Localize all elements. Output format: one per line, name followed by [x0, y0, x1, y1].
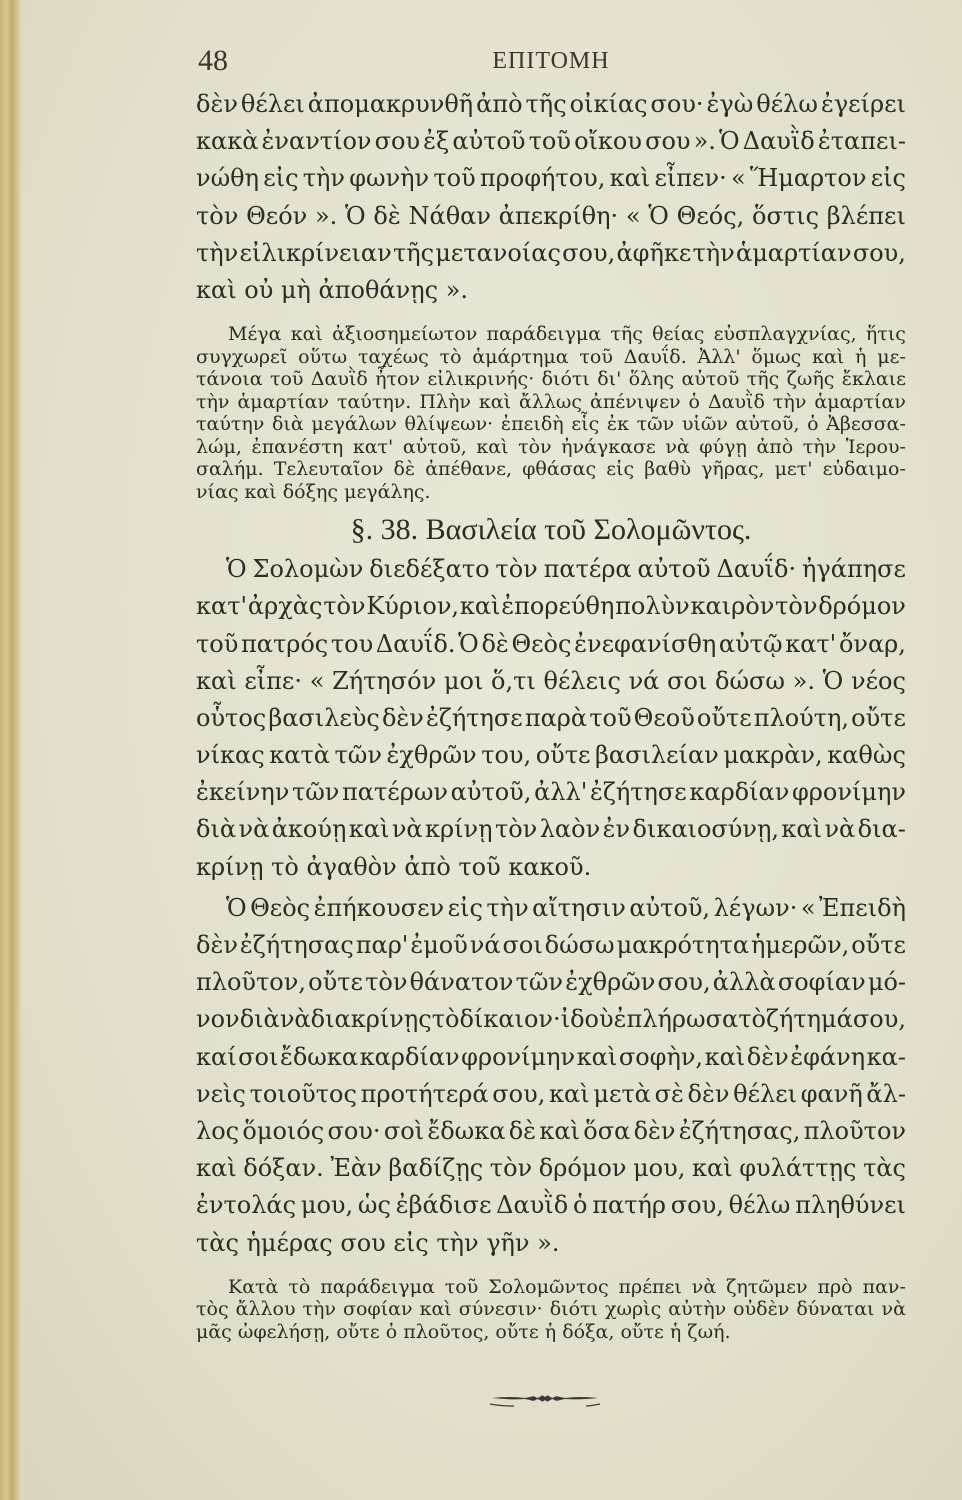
book-page: 48 ΕΠΙΤΟΜΗ δὲνθέλειἀπομακρυνθῆἀπὸτῆςοἰκί…	[0, 0, 962, 1500]
text-line: λώμ,ἐπανέστηκατ'αὐτοῦ,καὶτὸνἠνάγκασενὰφύ…	[196, 436, 906, 459]
text-line: τοῦπατρόςτουΔαυΐδ.ὉδὲΘεὸςἐνεφανίσθηαὐτῷκ…	[196, 626, 906, 663]
text-line: ὉΘεὸςἐπήκουσενεἰςτὴναἴτησιναὐτοῦ,λέγων·«…	[196, 890, 906, 927]
text-line: νώθηεἰςτὴνφωνὴντοῦπροφήτου,καὶεἶπεν·«Ἥμα…	[196, 160, 906, 197]
text-line: λοςὅμοιόςσου·σοὶἔδωκαδὲκαὶὅσαδὲνἐζήτησας…	[196, 1113, 906, 1150]
text-line: κατ'ἀρχὰςτὸνΚύριον,καὶἐπορεύθηπολὺνκαιρὸ…	[196, 588, 906, 625]
text-line: ἐντολάςμου,ὡςἐβάδισεΔαυῒδὁπατήρσου,θέλωπ…	[196, 1187, 906, 1224]
text-line: διὰνὰἀκούῃκαὶνὰκρίνῃτὸνλαὸνἐνδικαιοσύνῃ,…	[196, 811, 906, 848]
text-line: κακὰἐναντίονσουἐξαὐτοῦτοῦοἴκουσου».ὉΔαυῒ…	[196, 123, 906, 160]
page-gutter-edge	[0, 0, 22, 1500]
paragraph-solomon-2: ὉΘεὸςἐπήκουσενεἰςτὴναἴτησιναὐτοῦ,λέγων·«…	[196, 890, 906, 1262]
text-line: συγχωρεῖοὕτωταχέωςτὸἁμάρτηματοῦΔαυΐδ.Ἀλλ…	[196, 346, 906, 369]
text-line: νίκαςκατὰτῶνἐχθρῶντου,οὔτεβασιλείανμακρὰ…	[196, 737, 906, 774]
section-title-text: Βασιλεία τοῦ Σολομῶντος.	[426, 513, 752, 546]
text-line: οὗτοςβασιλεὺςδὲνἐζήτησεπαρὰτοῦΘεοῦοὔτεπλ…	[196, 700, 906, 737]
decorative-rule-icon	[490, 1392, 600, 1414]
paragraph-commentary-1: Μέγακαὶἀξιοσημείωτονπαράδειγματῆςθείαςεὐ…	[196, 323, 906, 503]
text-line: τὸςἄλλουτὴνσοφίανκαὶσύνεσιν·διότιχωρὶςαὐ…	[196, 1298, 906, 1321]
running-head: ΕΠΙΤΟΜΗ	[196, 48, 906, 75]
text-line: τὴνἁμαρτίανταύτην.ΠλὴνκαὶἄλλωςἀπένιψενὁΔ…	[196, 391, 906, 414]
text-line: καὶδόξαν.Ἐὰνβαδίζῃςτὸνδρόμονμου,καὶφυλάτ…	[196, 1150, 906, 1187]
text-line: νίας καὶ δόξης μεγάλης.	[196, 481, 906, 504]
text-line: καὶεἶπε·«Ζήτησόνμοιὅ,τιθέλειςνάσοιδώσω».…	[196, 663, 906, 700]
text-line: τὰς ἡμέρας σου εἰς τὴν γῆν ».	[196, 1225, 906, 1262]
text-line: τάνοιατοῦΔαυῒδἦτονεἰλικρινής·διότιδι'ὅλη…	[196, 368, 906, 391]
text-line: κρίνῃ τὸ ἀγαθὸν ἀπὸ τοῦ κακοῦ.	[196, 849, 906, 886]
page-header: 48 ΕΠΙΤΟΜΗ	[196, 44, 906, 82]
text-line: τὸνΘεόν».ὉδὲΝάθανἀπεκρίθη·«ὉΘεός,ὅστιςβλ…	[196, 198, 906, 235]
section-number: 38.	[381, 513, 419, 546]
text-line: νονδιὰνὰδιακρίνῃςτὸδίκαιον·ἰδοὺἐπλήρωσατ…	[196, 1001, 906, 1038]
text-line: νεὶςτοιοῦτοςπροτήτεράσου,καὶμετὰσὲδὲνθέλ…	[196, 1076, 906, 1113]
text-line: ἐκείνηντῶνπατέρωναὐτοῦ,ἀλλ'ἐζήτησεκαρδία…	[196, 774, 906, 811]
text-line: σαλήμ.Τελευταῖονδὲἀπέθανε,φθάσαςεἰςβαθὺγ…	[196, 458, 906, 481]
text-line: ΚατὰτὸπαράδειγματοῦΣολομῶντοςπρέπεινὰζητ…	[196, 1276, 906, 1299]
text-line: δὲνἐζήτησαςπαρ'ἐμοῦνάσοιδώσωμακρότηταἡμε…	[196, 927, 906, 964]
text-line: τὴνεἰλικρίνειαντῆςμετανοίαςσου,ἀφῆκετὴνἁ…	[196, 235, 906, 272]
text-line: Μέγακαὶἀξιοσημείωτονπαράδειγματῆςθείαςεὐ…	[196, 323, 906, 346]
text-line: ὉΣολομὼνδιεδέξατοτὸνπατέρααὐτοῦΔαυΐδ·ἠγά…	[196, 551, 906, 588]
paragraph-commentary-2: ΚατὰτὸπαράδειγματοῦΣολομῶντοςπρέπεινὰζητ…	[196, 1276, 906, 1344]
text-line: ταύτηνδιὰμεγάλωνθλίψεων·ἐπειδὴεἷςἐκτῶνυἱ…	[196, 413, 906, 436]
text-line: δὲνθέλειἀπομακρυνθῆἀπὸτῆςοἰκίαςσου·ἐγὼθέ…	[196, 86, 906, 123]
paragraph-continuation: δὲνθέλειἀπομακρυνθῆἀπὸτῆςοἰκίαςσου·ἐγὼθέ…	[196, 86, 906, 309]
text-line: πλοῦτον,οὔτετὸνθάνατοντῶνἐχθρῶνσου,ἀλλὰσ…	[196, 964, 906, 1001]
section-heading: §. 38. Βασιλεία τοῦ Σολομῶντος.	[196, 509, 906, 551]
page-content: 48 ΕΠΙΤΟΜΗ δὲνθέλειἀπομακρυνθῆἀπὸτῆςοἰκί…	[196, 44, 906, 1343]
section-symbol: §.	[351, 513, 374, 546]
text-line: καὶ οὐ μὴ ἀποθάνῃς ».	[196, 272, 906, 309]
text-line: καίσοιἔδωκακαρδίανφρονίμηνκαὶσοφὴν,καὶδὲ…	[196, 1039, 906, 1076]
text-line: μᾶς ὠφελήσῃ, οὔτε ὁ πλοῦτος, οὔτε ἡ δόξα…	[196, 1321, 906, 1344]
paragraph-solomon-1: ὉΣολομὼνδιεδέξατοτὸνπατέρααὐτοῦΔαυΐδ·ἠγά…	[196, 551, 906, 886]
